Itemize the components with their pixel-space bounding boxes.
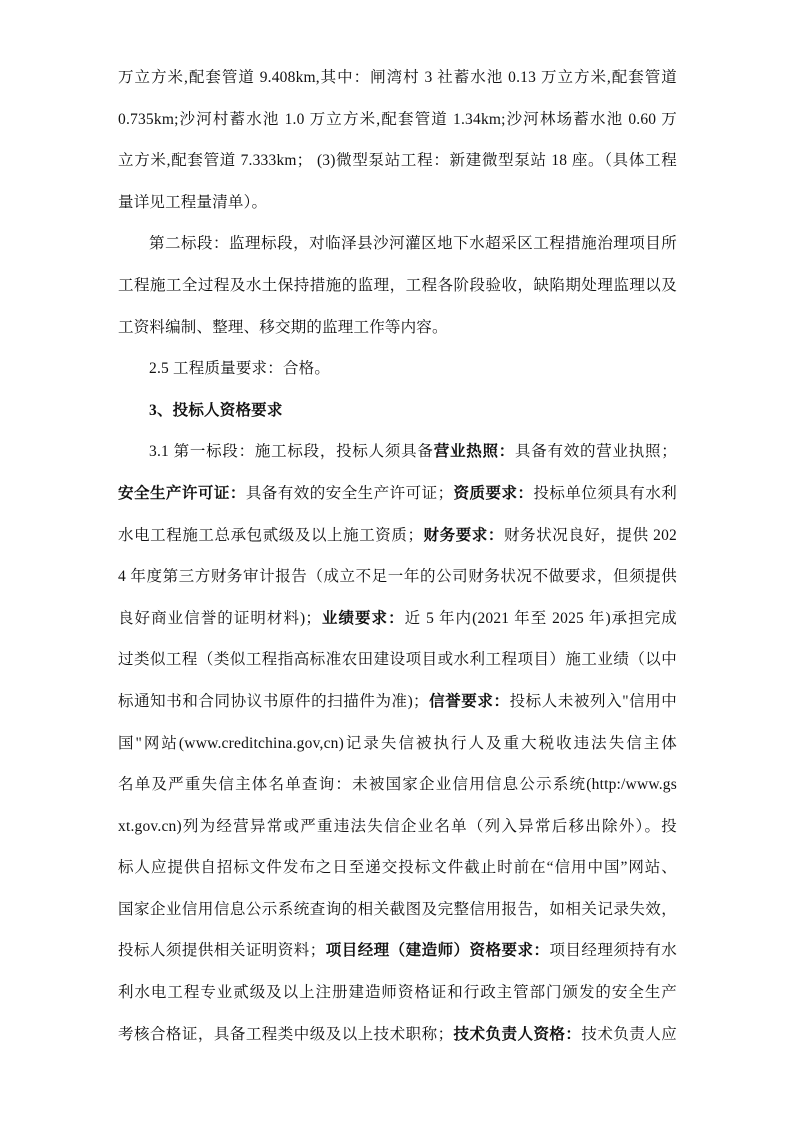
heading-bidder-qualification: 3、投标人资格要求 <box>118 390 677 432</box>
bold-text-run: 项目经理（建造师）资格要求： <box>325 942 549 959</box>
text-run: 技术负责人应 <box>581 1026 677 1043</box>
text-line: 量详见工程量清单）。 <box>118 182 677 224</box>
para-construction-scope-continued: 万立方米,配套管道 9.408km,其中：闸湾村 3 社蓄水池 0.13 万立方… <box>118 57 677 223</box>
text-run: 具备有效的安全生产许可证； <box>246 485 453 502</box>
text-run: 水电工程施工总承包贰级及以上施工资质； <box>118 527 423 544</box>
bold-text-run: 资质要求： <box>453 485 533 502</box>
text-line: 国家企业信用信息公示系统查询的相关截图及完整信用报告，如相关记录失效， <box>118 889 677 931</box>
bold-text-run: 3、投标人资格要求 <box>149 402 283 419</box>
text-line: 0.735km;沙河村蓄水池 1.0 万立方米,配套管道 1.34km;沙河林场… <box>118 99 677 141</box>
text-line: 3.1 第一标段：施工标段，投标人须具备营业热照：具备有效的营业执照； <box>118 431 677 473</box>
document-body: 万立方米,配套管道 9.408km,其中：闸湾村 3 社蓄水池 0.13 万立方… <box>118 57 677 1055</box>
text-run: 考核合格证，具备工程类中级及以上技术职称； <box>118 1026 453 1043</box>
text-run: 2.5 工程质量要求：合格。 <box>149 360 330 377</box>
text-run: 第二标段：监理标段，对临泽县沙河灌区地下水超采区工程措施治理项目所有 <box>118 235 677 265</box>
text-line: 水电工程施工总承包贰级及以上施工资质；财务要求：财务状况良好，提供 202 <box>118 515 677 557</box>
text-line: 4 年度第三方财务审计报告（成立不足一年的公司财务状况不做要求，但须提供 <box>118 556 677 598</box>
text-run: 万立方米,配套管道 9.408km,其中：闸湾村 3 社蓄水池 0.13 万立方… <box>118 69 677 86</box>
text-run: xt.gov.cn)列为经营异常或严重违法失信企业名单（列入异常后移出除外）。投 <box>118 818 677 835</box>
text-line: 良好商业信誉的证明材料)；业绩要求：近 5 年内(2021 年至 2025 年)… <box>118 598 677 640</box>
text-line: 2.5 工程质量要求：合格。 <box>118 348 677 390</box>
text-run: 利水电工程专业贰级及以上注册建造师资格证和行政主管部门颁发的安全生产 <box>118 984 677 1001</box>
bold-text-run: 技术负责人资格： <box>453 1026 581 1043</box>
text-run: 量详见工程量清单）。 <box>118 194 267 211</box>
text-line: 考核合格证，具备工程类中级及以上技术职称；技术负责人资格：技术负责人应 <box>118 1014 677 1056</box>
text-line: 工程施工全过程及水土保持措施的监理，工程各阶段验收，缺陷期处理监理以及竣 <box>118 265 677 307</box>
text-run: 良好商业信誉的证明材料)； <box>118 610 321 627</box>
text-run: 国"网站(www.creditchina.gov,cn)记录失信被执行人及重大税… <box>118 735 677 752</box>
text-line: xt.gov.cn)列为经营异常或严重违法失信企业名单（列入异常后移出除外）。投 <box>118 806 677 848</box>
bold-text-run: 信誉要求： <box>429 693 510 710</box>
bold-text-run: 营业热照： <box>434 443 515 460</box>
para-first-bid-qualification: 3.1 第一标段：施工标段，投标人须具备营业热照：具备有效的营业执照；安全生产许… <box>118 431 677 1055</box>
text-line: 万立方米,配套管道 9.408km,其中：闸湾村 3 社蓄水池 0.13 万立方… <box>118 57 677 99</box>
text-line: 第二标段：监理标段，对临泽县沙河灌区地下水超采区工程措施治理项目所有 <box>118 223 677 265</box>
bold-text-run: 财务要求： <box>423 527 504 544</box>
text-run: 0.735km;沙河村蓄水池 1.0 万立方米,配套管道 1.34km;沙河林场… <box>118 111 677 128</box>
text-run: 具备有效的营业执照； <box>515 443 677 460</box>
text-run: 国家企业信用信息公示系统查询的相关截图及完整信用报告，如相关记录失效， <box>118 901 677 918</box>
text-line: 名单及严重失信主体名单查询：未被国家企业信用信息公示系统(http:/www.g… <box>118 764 677 806</box>
text-line: 利水电工程专业贰级及以上注册建造师资格证和行政主管部门颁发的安全生产 <box>118 972 677 1014</box>
text-run: 4 年度第三方财务审计报告（成立不足一年的公司财务状况不做要求，但须提供 <box>118 568 677 585</box>
text-run: 立方米,配套管道 7.333km； (3)微型泵站工程：新建微型泵站 18 座。… <box>118 152 677 169</box>
text-run: 标人应提供自招标文件发布之日至递交投标文件截止时前在“信用中国”网站、 <box>118 859 677 876</box>
bold-text-run: 安全生产许可证： <box>118 485 246 502</box>
text-run: 财务状况良好，提供 202 <box>504 527 677 544</box>
text-line: 标通知书和合同协议书原件的扫描件为准)；信誉要求：投标人未被列入"信用中 <box>118 681 677 723</box>
text-run: 投标人须提供相关证明资料； <box>118 942 325 959</box>
text-run: 过类似工程（类似工程指高标准农田建设项目或水利工程项目）施工业绩（以中 <box>118 651 677 668</box>
text-run: 近 5 年内(2021 年至 2025 年)承担完成 <box>405 610 677 627</box>
text-run: 投标人未被列入"信用中 <box>510 693 677 710</box>
para-quality-requirement: 2.5 工程质量要求：合格。 <box>118 348 677 390</box>
text-line: 立方米,配套管道 7.333km； (3)微型泵站工程：新建微型泵站 18 座。… <box>118 140 677 182</box>
para-second-bid-section: 第二标段：监理标段，对临泽县沙河灌区地下水超采区工程措施治理项目所有工程施工全过… <box>118 223 677 348</box>
text-run: 标通知书和合同协议书原件的扫描件为准)； <box>118 693 429 710</box>
text-run: 名单及严重失信主体名单查询：未被国家企业信用信息公示系统(http:/www.g… <box>118 776 677 793</box>
bold-text-run: 业绩要求： <box>321 610 405 627</box>
text-run: 3.1 第一标段：施工标段，投标人须具备 <box>149 443 434 460</box>
text-line: 标人应提供自招标文件发布之日至递交投标文件截止时前在“信用中国”网站、 <box>118 847 677 889</box>
text-line: 安全生产许可证：具备有效的安全生产许可证；资质要求：投标单位须具有水利 <box>118 473 677 515</box>
text-line: 3、投标人资格要求 <box>118 390 677 432</box>
text-line: 工资料编制、整理、移交期的监理工作等内容。 <box>118 307 677 349</box>
text-line: 过类似工程（类似工程指高标准农田建设项目或水利工程项目）施工业绩（以中 <box>118 639 677 681</box>
text-run: 工资料编制、整理、移交期的监理工作等内容。 <box>118 319 448 336</box>
text-run: 工程施工全过程及水土保持措施的监理，工程各阶段验收，缺陷期处理监理以及竣 <box>118 277 677 307</box>
text-run: 项目经理须持有水 <box>549 942 677 959</box>
text-line: 投标人须提供相关证明资料；项目经理（建造师）资格要求：项目经理须持有水 <box>118 930 677 972</box>
text-run: 投标单位须具有水利 <box>533 485 677 502</box>
text-line: 国"网站(www.creditchina.gov,cn)记录失信被执行人及重大税… <box>118 723 677 765</box>
document-page: 万立方米,配套管道 9.408km,其中：闸湾村 3 社蓄水池 0.13 万立方… <box>0 0 793 1122</box>
